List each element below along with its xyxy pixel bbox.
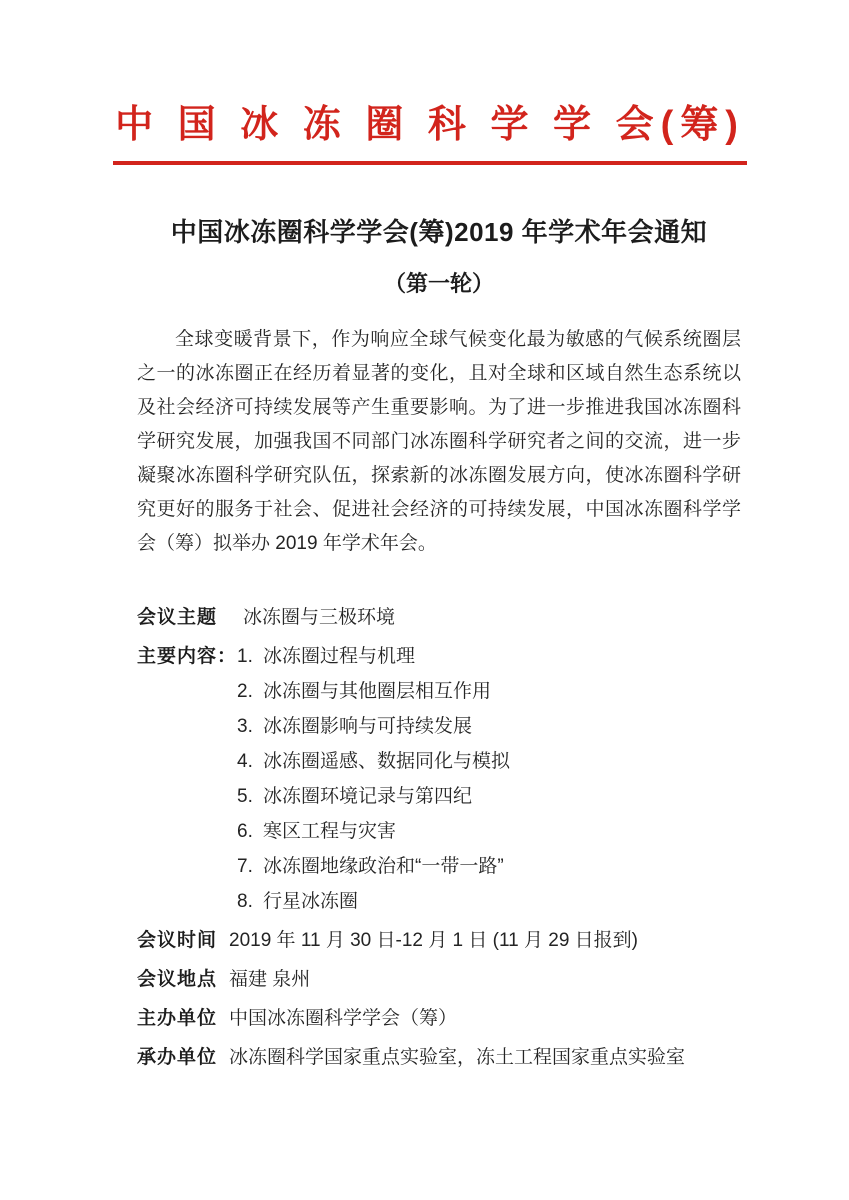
details-section: 会议主题 冰冻圈与三极环境 主要内容： 1. 冰冻圈过程与机理 2. 冰冻圈与其…: [137, 605, 741, 1071]
topic-item: 3. 冰冻圈影响与可持续发展: [237, 714, 510, 740]
topic-number: 6.: [237, 819, 263, 845]
theme-label: 会议主题: [137, 605, 229, 631]
topic-item: 2. 冰冻圈与其他圈层相互作用: [237, 679, 510, 705]
location-row: 会议地点 福建 泉州: [137, 967, 741, 993]
location-value: 福建 泉州: [229, 967, 310, 993]
organizer-row: 承办单位 冰冻圈科学国家重点实验室，冻土工程国家重点实验室: [137, 1045, 741, 1071]
topics-list: 1. 冰冻圈过程与机理 2. 冰冻圈与其他圈层相互作用 3. 冰冻圈影响与可持续…: [237, 644, 510, 915]
topic-number: 4.: [237, 749, 263, 775]
host-row: 主办单位 中国冰冻圈科学学会（筹）: [137, 1006, 741, 1032]
topics-label: 主要内容：: [137, 644, 237, 670]
intro-paragraph: 全球变暖背景下，作为响应全球气候变化最为敏感的气候系统圈层之一的冰冻圈正在经历着…: [137, 323, 741, 561]
topic-text: 冰冻圈过程与机理: [263, 644, 415, 670]
topic-text: 冰冻圈影响与可持续发展: [263, 714, 472, 740]
topic-text: 寒区工程与灾害: [263, 819, 396, 845]
letterhead-rule: [113, 161, 747, 165]
topic-number: 2.: [237, 679, 263, 705]
topic-item: 4. 冰冻圈遥感、数据同化与模拟: [237, 749, 510, 775]
organizer-value: 冰冻圈科学国家重点实验室，冻土工程国家重点实验室: [229, 1045, 685, 1071]
topic-text: 冰冻圈环境记录与第四纪: [263, 784, 472, 810]
time-label: 会议时间: [137, 928, 229, 954]
topic-text: 冰冻圈地缘政治和“一带一路”: [263, 854, 504, 880]
notice-body: 中国冰冻圈科学学会(筹)2019 年学术年会通知 （第一轮） 全球变暖背景下，作…: [137, 215, 741, 1071]
document-page: 中 国 冰 冻 圈 科 学 学 会(筹) 中国冰冻圈科学学会(筹)2019 年学…: [0, 0, 849, 1200]
org-name: 中 国 冰 冻 圈 科 学 学 会(筹): [113, 100, 747, 150]
time-value: 2019 年 11 月 30 日-12 月 1 日 (11 月 29 日报到): [229, 928, 638, 954]
topic-text: 冰冻圈与其他圈层相互作用: [263, 679, 491, 705]
notice-subtitle: （第一轮）: [137, 269, 741, 299]
organizer-label: 承办单位: [137, 1045, 229, 1071]
letterhead: 中 国 冰 冻 圈 科 学 学 会(筹): [0, 0, 849, 165]
topic-item: 1. 冰冻圈过程与机理: [237, 644, 510, 670]
topic-item: 6. 寒区工程与灾害: [237, 819, 510, 845]
topic-number: 1.: [237, 644, 263, 670]
topic-item: 7. 冰冻圈地缘政治和“一带一路”: [237, 854, 510, 880]
topic-number: 5.: [237, 784, 263, 810]
topic-text: 行星冰冻圈: [263, 889, 358, 915]
topic-number: 3.: [237, 714, 263, 740]
host-value: 中国冰冻圈科学学会（筹）: [229, 1006, 457, 1032]
topic-number: 8.: [237, 889, 263, 915]
topic-text: 冰冻圈遥感、数据同化与模拟: [263, 749, 510, 775]
host-label: 主办单位: [137, 1006, 229, 1032]
topic-item: 8. 行星冰冻圈: [237, 889, 510, 915]
notice-title: 中国冰冻圈科学学会(筹)2019 年学术年会通知: [137, 215, 741, 249]
topic-item: 5. 冰冻圈环境记录与第四纪: [237, 784, 510, 810]
location-label: 会议地点: [137, 967, 229, 993]
theme-row: 会议主题 冰冻圈与三极环境: [137, 605, 741, 631]
theme-value: 冰冻圈与三极环境: [243, 605, 395, 631]
topic-number: 7.: [237, 854, 263, 880]
time-row: 会议时间 2019 年 11 月 30 日-12 月 1 日 (11 月 29 …: [137, 928, 741, 954]
topics-row: 主要内容： 1. 冰冻圈过程与机理 2. 冰冻圈与其他圈层相互作用 3. 冰冻圈…: [137, 644, 741, 915]
